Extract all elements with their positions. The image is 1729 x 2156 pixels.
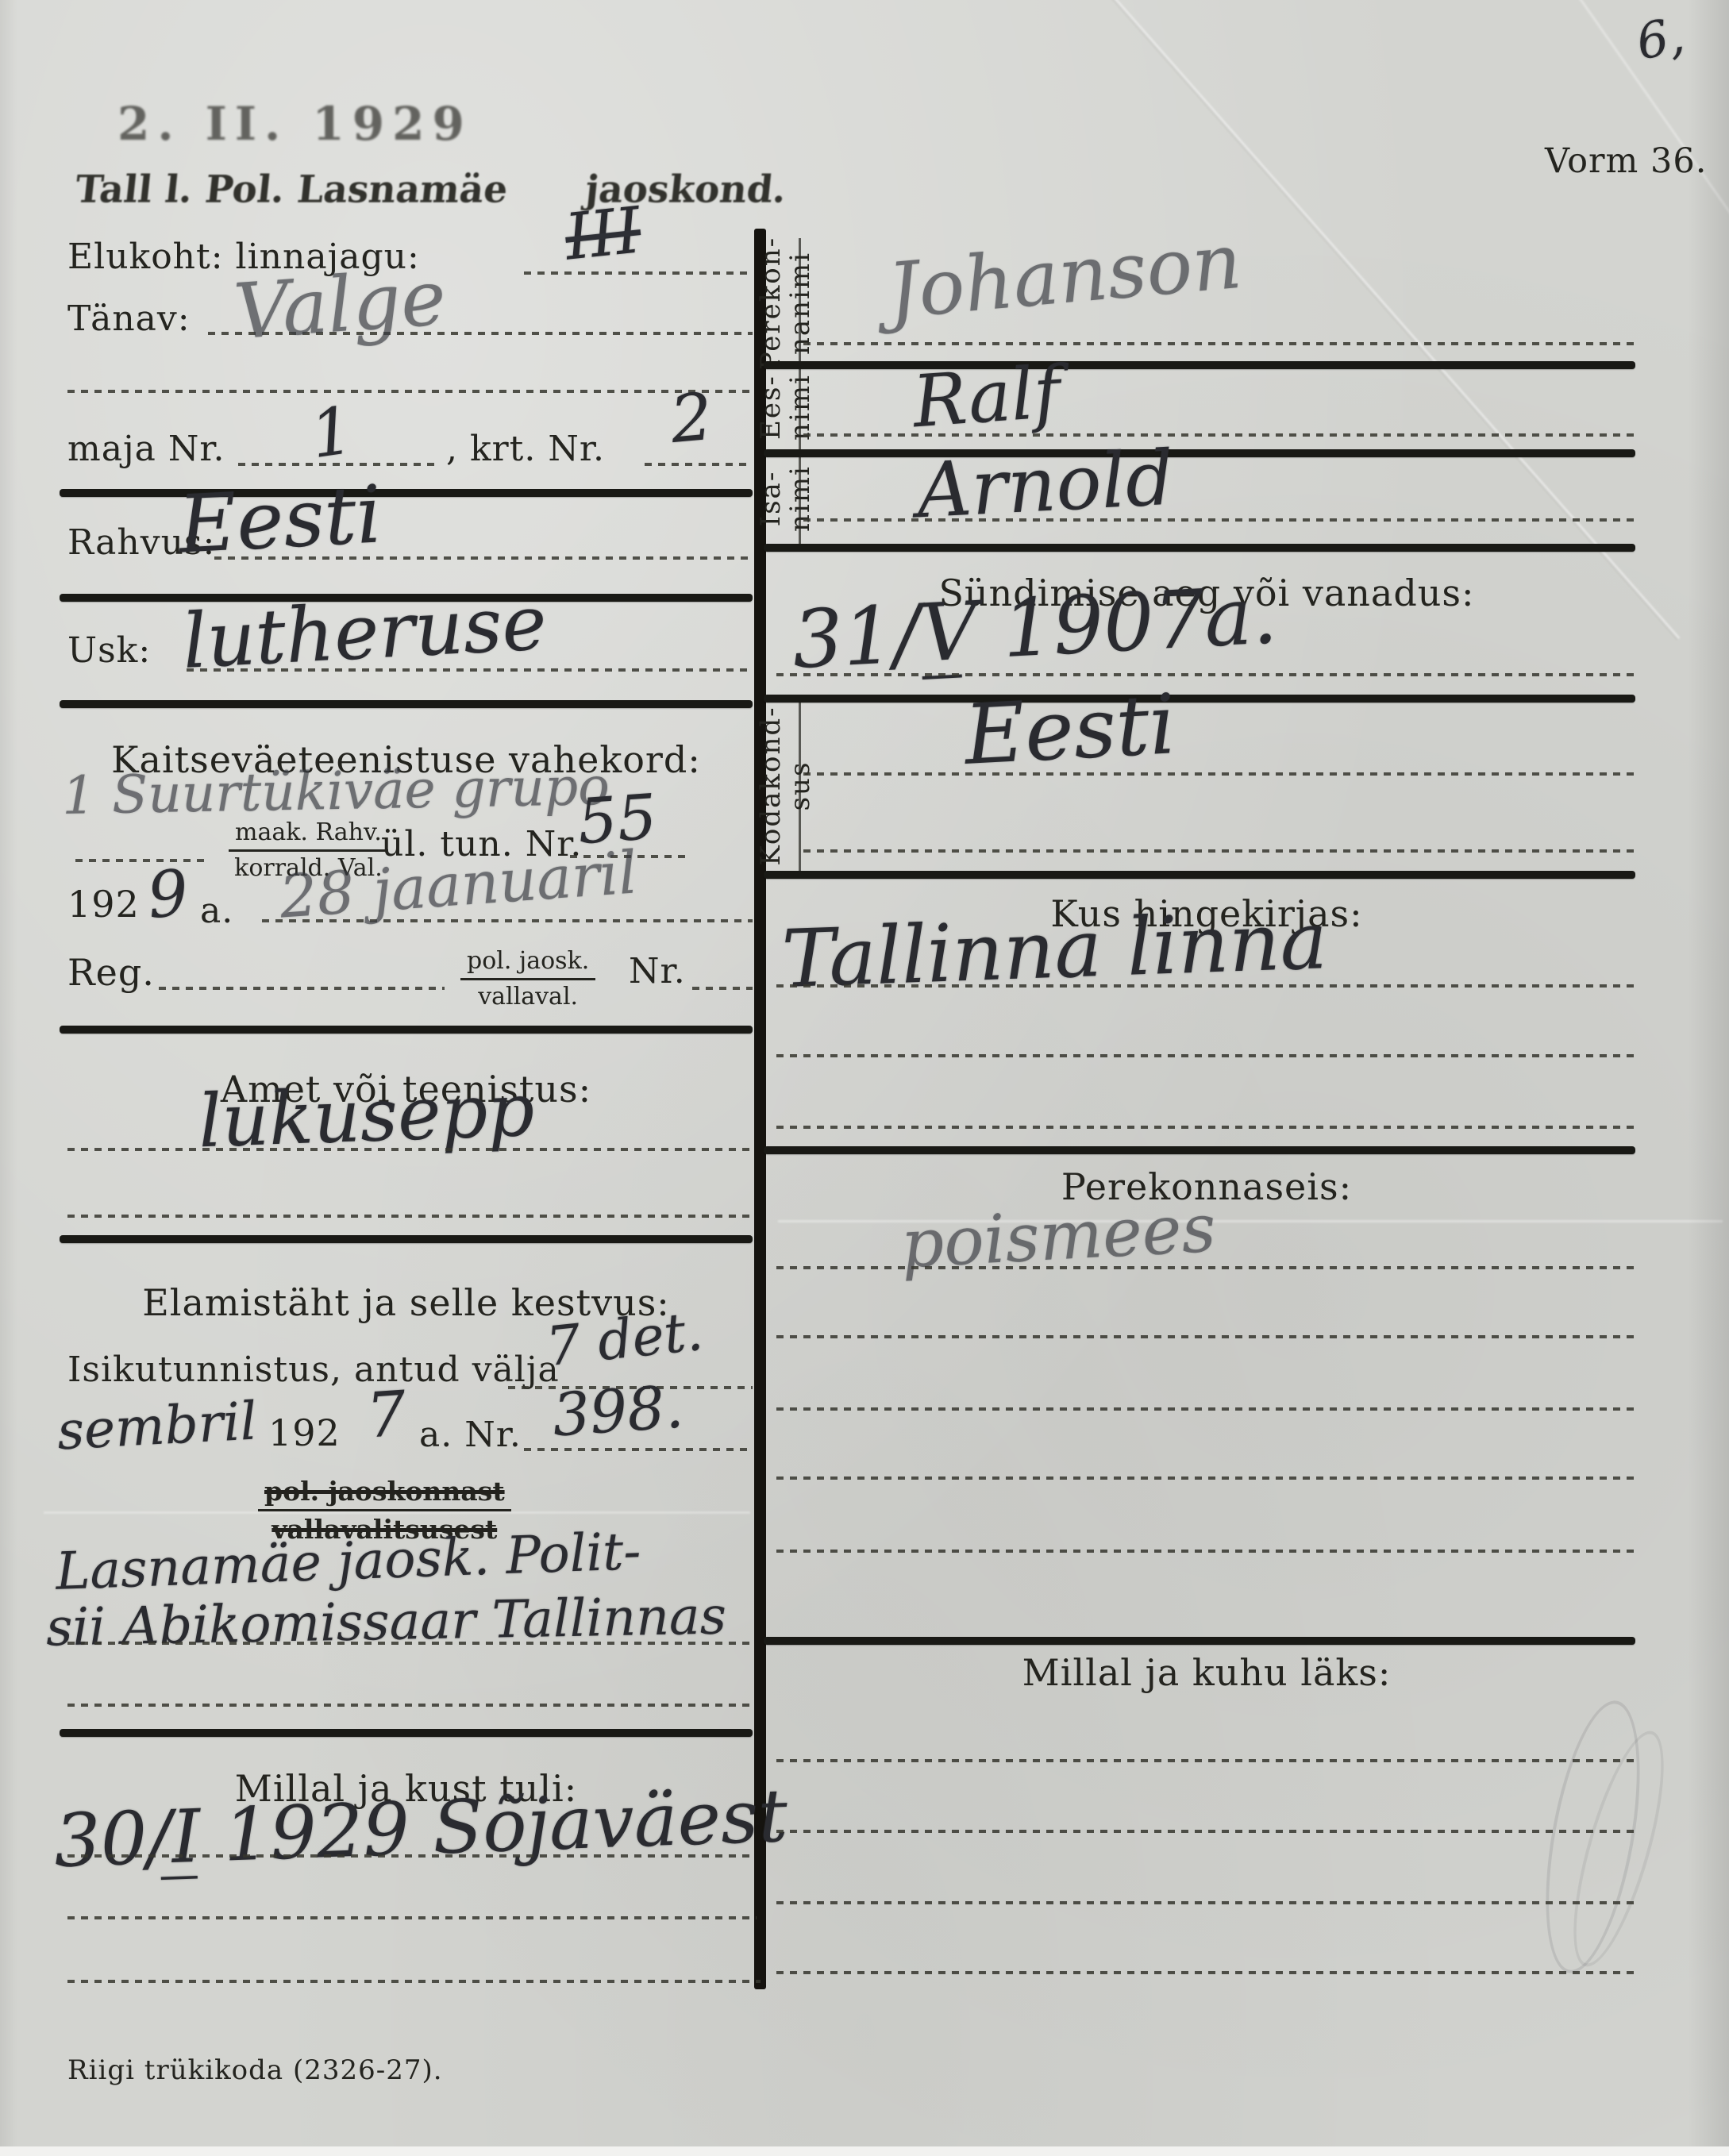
- dotted-line: [67, 1148, 753, 1151]
- rule-thick: [60, 1026, 753, 1034]
- dotted-line: [67, 1916, 757, 1919]
- handwritten-house-number: 1: [306, 393, 358, 473]
- citizenship-label: Kodakond- sus: [761, 718, 811, 853]
- scanned-document-page: { "page": { "corner_note": "6,", "form_n…: [0, 0, 1729, 2156]
- dotted-line: [803, 342, 1635, 345]
- handwritten-issuer-line2: sii Abikomissaar Tallinnas: [45, 1587, 726, 1658]
- dotted-line: [776, 1407, 1635, 1411]
- dotted-line: [67, 390, 753, 393]
- fraction-top: maak. Rahv.: [229, 818, 388, 852]
- rule-thick: [764, 544, 1635, 552]
- dotted-line: [67, 1854, 753, 1858]
- dotted-line: [159, 987, 445, 990]
- apartment-number-label: , krt. Nr.: [446, 429, 605, 469]
- dotted-line: [67, 1215, 753, 1218]
- dotted-line: [803, 518, 1635, 522]
- fraction-bottom: vallaval.: [460, 980, 595, 1012]
- dotted-line: [803, 849, 1635, 853]
- label-line: nimi: [786, 374, 815, 441]
- label-line: Kodakond-: [757, 706, 786, 865]
- handwritten-first-name: Ralf: [911, 351, 1063, 445]
- rule-thick: [764, 361, 1635, 369]
- label-line: Isa-: [757, 471, 786, 527]
- rule-thick: [764, 695, 1635, 703]
- dotted-line: [776, 1335, 1635, 1338]
- reg-number-label: Nr.: [629, 951, 686, 991]
- rule-thick: [60, 700, 753, 708]
- office-stamp: Tall l. Pol. Lasnamäe jaoskond.: [73, 168, 788, 212]
- dotted-line: [803, 772, 1635, 776]
- dotted-line: [524, 271, 753, 275]
- identity-card-label: Isikutunnistus, antud välja: [67, 1349, 560, 1390]
- street-label: Tänav:: [67, 298, 191, 339]
- label-line: nanimi: [786, 252, 815, 355]
- dotted-line: [776, 1901, 1635, 1904]
- left-edge-shadow: [0, 0, 17, 2146]
- rule-thick: [764, 449, 1635, 457]
- dotted-line: [67, 1980, 761, 1983]
- dotted-line: [75, 859, 210, 862]
- label-line: nimi: [786, 465, 815, 532]
- handwritten-apartment-number: 2: [668, 379, 715, 458]
- dotted-line: [67, 1704, 753, 1707]
- rule-thick: [60, 1235, 753, 1243]
- date-stamp: 2. II. 1929: [117, 97, 472, 151]
- rule-thick: [764, 871, 1635, 879]
- dotted-line: [776, 984, 1635, 988]
- handwritten-nationality: Eesti: [176, 468, 383, 571]
- rule-thick: [764, 1146, 1635, 1154]
- label-line: Ees-: [757, 375, 786, 440]
- dotted-line: [67, 1642, 753, 1645]
- handwritten-card-number: 398.: [550, 1373, 685, 1450]
- struck-top: pol. jaoskonnast: [258, 1475, 511, 1511]
- rule-thick: [60, 1729, 753, 1737]
- father-name-label: Isa- nimi: [761, 435, 811, 562]
- year-prefix: 192: [67, 883, 140, 926]
- paper-sheet: 6, Vorm 36. 2. II. 1929 Tall l. Pol. Las…: [0, 0, 1729, 2146]
- handwritten-issue-month: sembril: [56, 1390, 258, 1461]
- dotted-line: [776, 1054, 1635, 1057]
- corner-page-number: 6,: [1632, 6, 1689, 71]
- rule-thick: [764, 1637, 1635, 1645]
- departure-heading: Millal ja kuhu läks:: [774, 1651, 1639, 1694]
- handwritten-registered-parish: Tallinna linna: [780, 894, 1329, 1006]
- handwritten-citizenship: Eesti: [962, 676, 1178, 783]
- rule-thick: [60, 489, 753, 497]
- handwritten-year-digit: 9: [144, 856, 191, 933]
- printer-imprint: Riigi trükikoda (2326-27).: [67, 2054, 443, 2086]
- dotted-line: [803, 433, 1635, 437]
- reg-authority-fraction: pol. jaosk. vallaval.: [460, 946, 595, 1011]
- form-number: Vorm 36.: [1545, 141, 1707, 181]
- handwritten-military-unit: 1 Suurtükiväe grupo: [61, 756, 610, 826]
- house-number-label: maja Nr.: [67, 429, 225, 469]
- dotted-line: [692, 987, 753, 990]
- handwritten-surname: Johanson: [884, 217, 1245, 336]
- year-suffix: a.: [200, 891, 233, 931]
- issue-year-prefix: 192: [268, 1411, 341, 1454]
- fraction-top: pol. jaosk.: [460, 946, 595, 980]
- reg-label: Reg.: [67, 951, 155, 994]
- dotted-line: [645, 463, 753, 466]
- dotted-line: [776, 1759, 1635, 1762]
- label-line: sus: [786, 761, 815, 811]
- dotted-line: [776, 1476, 1635, 1480]
- handwritten-street: Valge: [231, 253, 449, 356]
- dotted-line: [776, 1266, 1635, 1269]
- dotted-line: [776, 1830, 1635, 1833]
- dotted-line: [776, 1126, 1635, 1129]
- religion-label: Usk:: [67, 630, 151, 671]
- handwritten-district: III: [561, 193, 644, 274]
- handwritten-issue-year-digit: 7: [364, 1378, 409, 1452]
- dotted-line: [776, 673, 1635, 676]
- dotted-line: [776, 1971, 1635, 1974]
- dotted-line: [776, 1550, 1635, 1553]
- right-edge-shadow: [1688, 0, 1729, 2146]
- issue-a-nr-label: a. Nr.: [419, 1415, 522, 1455]
- pencil-scribble: [1529, 1694, 1658, 1981]
